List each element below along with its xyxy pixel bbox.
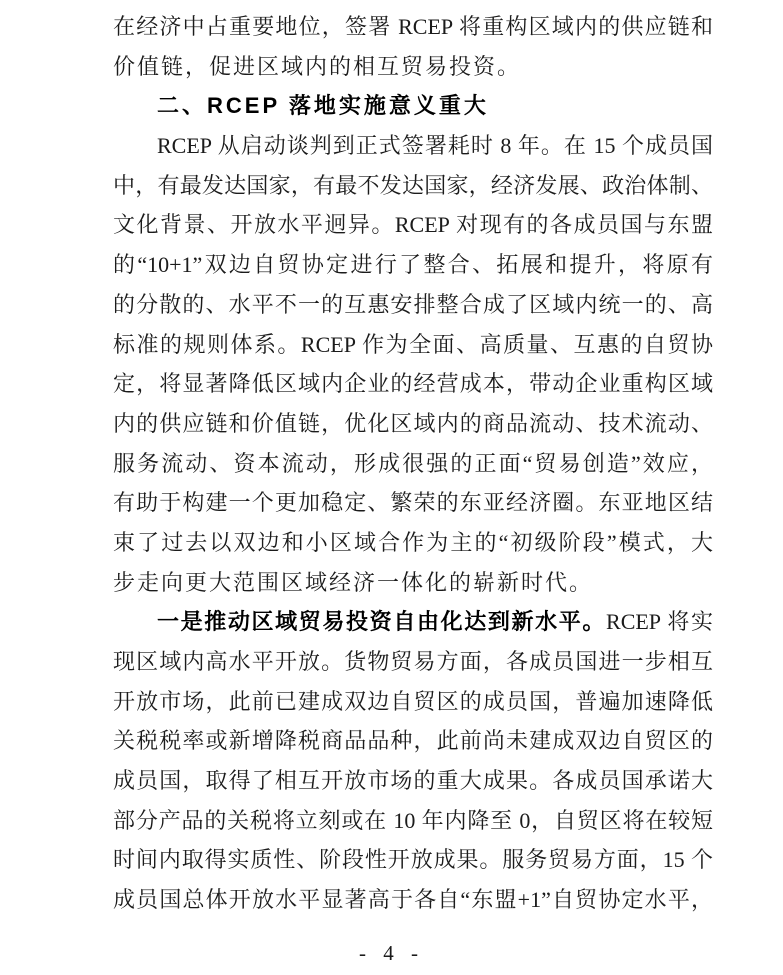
text-line: 在经济中占重要地位，签署 RCEP 将重构区域内的供应链和: [113, 7, 713, 47]
text-line: 的分散的、水平不一的互惠安排整合成了区域内统一的、高: [113, 285, 713, 325]
body-text: 成员国，取得了相互开放市场的重大成果。各成员国承诺大: [113, 768, 713, 793]
text-line: 开放市场，此前已建成双边自贸区的成员国，普遍加速降低: [113, 682, 713, 722]
text-line: 中，有最发达国家，有最不发达国家，经济发展、政治体制、: [113, 166, 713, 206]
text-line: 部分产品的关税将立刻或在 10 年内降至 0，自贸区将在较短: [113, 801, 713, 841]
body-text: 步走向更大范围区域经济一体化的崭新时代。: [113, 570, 593, 595]
body-text: 的“10+1”双边自贸协定进行了整合、拓展和提升，将原有: [113, 252, 713, 277]
text-line: 内的供应链和价值链，优化区域内的商品流动、技术流动、: [113, 404, 713, 444]
text-line: 束了过去以双边和小区域合作为主的“初级阶段”模式，大: [113, 523, 713, 563]
body-text: 二、RCEP 落地实施意义重大: [157, 93, 489, 118]
body-text: 的分散的、水平不一的互惠安排整合成了区域内统一的、高: [113, 292, 713, 317]
page-number: - 4 -: [0, 941, 783, 966]
body-text: RCEP 将实: [606, 609, 713, 634]
text-line: 时间内取得实质性、阶段性开放成果。服务贸易方面，15 个: [113, 840, 713, 880]
body-text: 关税税率或新增降税商品品种，此前尚未建成双边自贸区的: [113, 728, 713, 753]
section-heading: 二、RCEP 落地实施意义重大: [113, 86, 713, 126]
body-text: 文化背景、开放水平迥异。RCEP 对现有的各成员国与东盟: [113, 212, 713, 237]
body-text: 价值链，促进区域内的相互贸易投资。: [113, 54, 521, 79]
body-text: 有助于构建一个更加稳定、繁荣的东亚经济圈。东亚地区结: [113, 490, 713, 515]
body-text: 中，有最发达国家，有最不发达国家，经济发展、政治体制、: [113, 173, 713, 198]
page: 在经济中占重要地位，签署 RCEP 将重构区域内的供应链和价值链，促进区域内的相…: [0, 0, 783, 975]
body-text: 束了过去以双边和小区域合作为主的“初级阶段”模式，大: [113, 530, 713, 555]
body-text: 在经济中占重要地位，签署 RCEP 将重构区域内的供应链和: [113, 14, 713, 39]
text-line: 成员国总体开放水平显著高于各自“东盟+1”自贸协定水平，: [113, 880, 713, 920]
bold-lead-text: 一是推动区域贸易投资自由化达到新水平。: [157, 609, 606, 634]
text-line: 标准的规则体系。RCEP 作为全面、高质量、互惠的自贸协: [113, 325, 713, 365]
text-line: 定，将显著降低区域内企业的经营成本，带动企业重构区域: [113, 364, 713, 404]
text-line: 关税税率或新增降税商品品种，此前尚未建成双边自贸区的: [113, 721, 713, 761]
text-line: RCEP 从启动谈判到正式签署耗时 8 年。在 15 个成员国: [113, 126, 713, 166]
body-text: RCEP 从启动谈判到正式签署耗时 8 年。在 15 个成员国: [157, 133, 713, 158]
body-text: 内的供应链和价值链，优化区域内的商品流动、技术流动、: [113, 411, 713, 436]
text-line: 有助于构建一个更加稳定、繁荣的东亚经济圈。东亚地区结: [113, 483, 713, 523]
text-line: 的“10+1”双边自贸协定进行了整合、拓展和提升，将原有: [113, 245, 713, 285]
body-text: 定，将显著降低区域内企业的经营成本，带动企业重构区域: [113, 371, 713, 396]
text-line: 现区域内高水平开放。货物贸易方面，各成员国进一步相互: [113, 642, 713, 682]
text-line: 文化背景、开放水平迥异。RCEP 对现有的各成员国与东盟: [113, 205, 713, 245]
text-line: 一是推动区域贸易投资自由化达到新水平。RCEP 将实: [113, 602, 713, 642]
text-line: 价值链，促进区域内的相互贸易投资。: [113, 47, 713, 87]
body-text: 成员国总体开放水平显著高于各自“东盟+1”自贸协定水平，: [113, 887, 713, 912]
text-line: 成员国，取得了相互开放市场的重大成果。各成员国承诺大: [113, 761, 713, 801]
body-text: 部分产品的关税将立刻或在 10 年内降至 0，自贸区将在较短: [113, 808, 713, 833]
text-line: 步走向更大范围区域经济一体化的崭新时代。: [113, 563, 713, 603]
body-text: 现区域内高水平开放。货物贸易方面，各成员国进一步相互: [113, 649, 713, 674]
body-text: 开放市场，此前已建成双边自贸区的成员国，普遍加速降低: [113, 689, 713, 714]
text-line: 服务流动、资本流动，形成很强的正面“贸易创造”效应，: [113, 444, 713, 484]
body-text: 时间内取得实质性、阶段性开放成果。服务贸易方面，15 个: [113, 847, 713, 872]
text-block: 在经济中占重要地位，签署 RCEP 将重构区域内的供应链和价值链，促进区域内的相…: [113, 7, 713, 920]
body-text: 服务流动、资本流动，形成很强的正面“贸易创造”效应，: [113, 451, 713, 476]
body-text: 标准的规则体系。RCEP 作为全面、高质量、互惠的自贸协: [113, 332, 713, 357]
